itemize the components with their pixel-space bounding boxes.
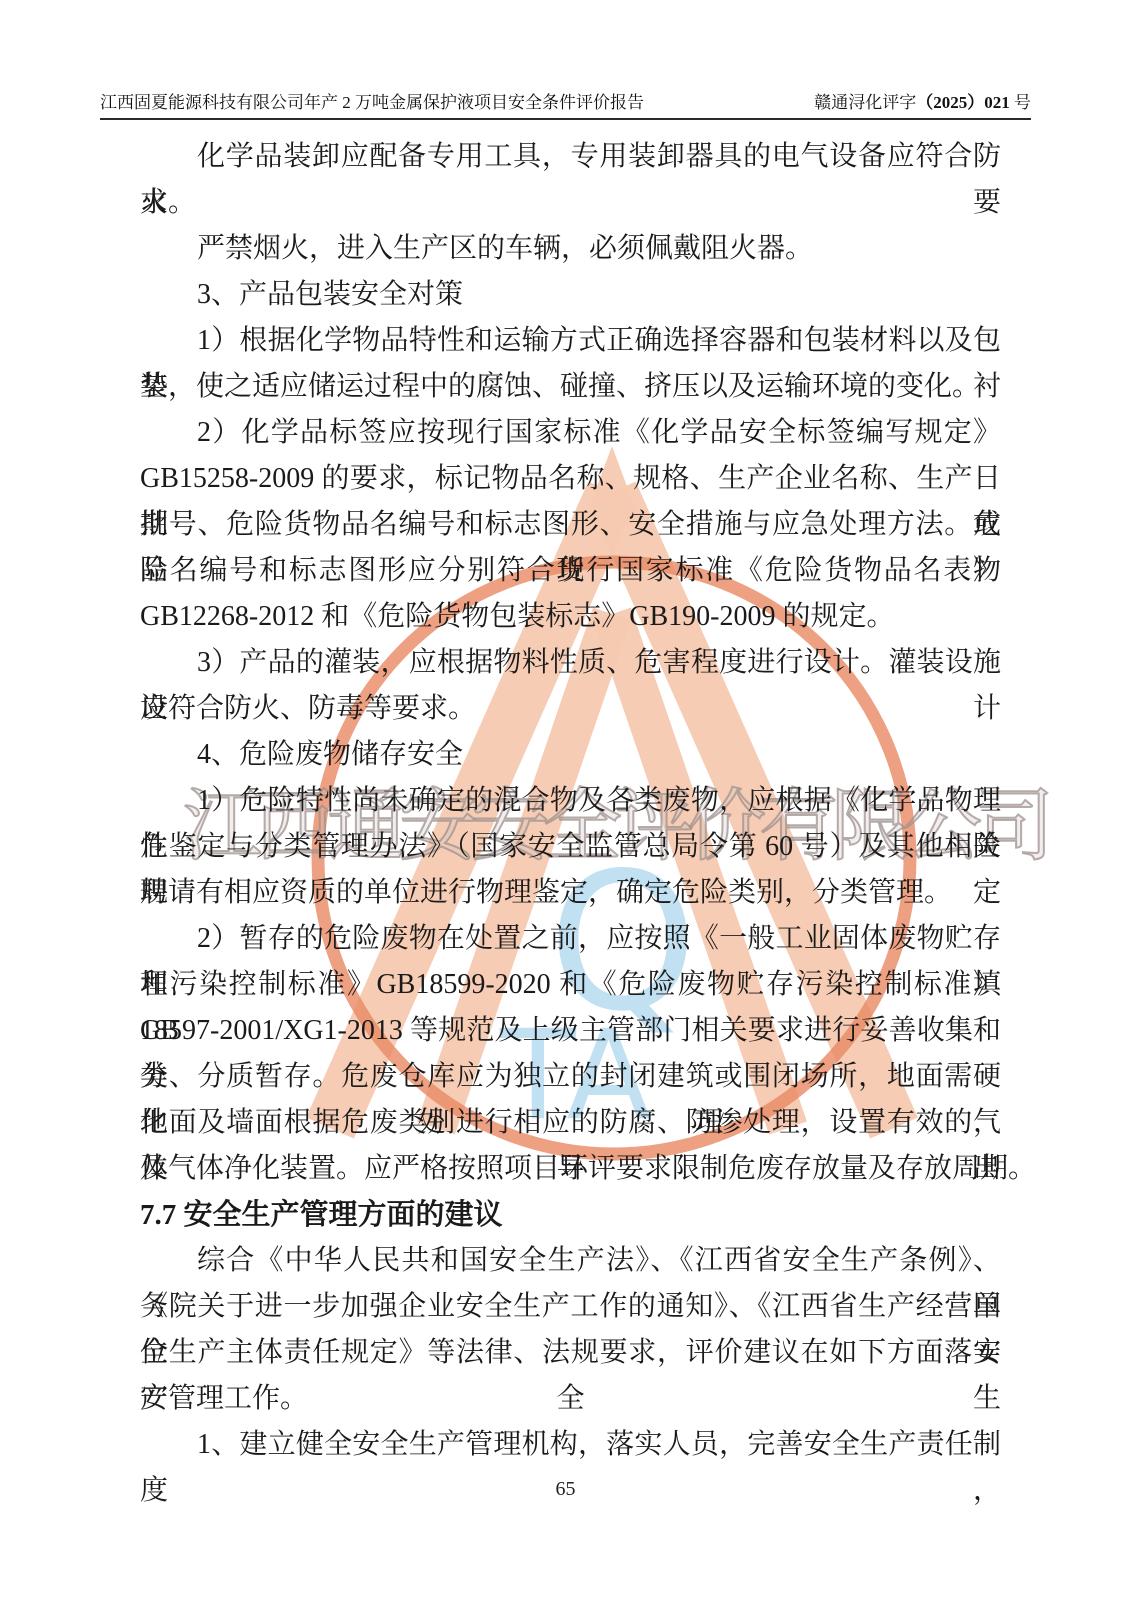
section-heading: 7.7 安全生产管理方面的建议 (140, 1192, 1001, 1238)
body-line: GB12268-2012 和《危险货物包装标志》GB190-2009 的规定。 (140, 594, 1001, 640)
body-line: 2）化学品标签应按现行国家标准《化学品安全标签编写规定》 (140, 410, 1001, 456)
body-line: 3）产品的灌装，应根据物料性质、危害程度进行设计。灌装设施设计 (140, 640, 1001, 686)
document-body: 化学品装卸应配备专用工具，专用装卸器具的电气设备应符合防火要求。严禁烟火，进入生… (140, 134, 1001, 1468)
body-line: 严禁烟火，进入生产区的车辆，必须佩戴阻火器。 (140, 226, 1001, 272)
body-line: 聘请有相应资质的单位进行物理鉴定，确定危险类别，分类管理。 (140, 870, 1001, 916)
document-page: Q TA 江西通安安全评价有限公司 江西固夏能源科技有限公司年产 2 万吨金属保… (0, 0, 1131, 1600)
header-report-title: 江西固夏能源科技有限公司年产 2 万吨金属保护液项目安全条件评价报告 (100, 92, 644, 114)
body-line: 品名编号和标志图形应分别符合现行国家标准《危险货物品名表》 (140, 548, 1001, 594)
header-doc-serial: （2025）021 (916, 93, 1010, 112)
body-line: 全生产主体责任规定》等法律、法规要求，评价建议在如下方面落实安全生 (140, 1330, 1001, 1376)
body-line: GB15258-2009 的要求，标记物品名称、规格、生产企业名称、生产日期或 (140, 456, 1001, 502)
body-line: 综合《中华人民共和国安全生产法》、《江西省安全生产条例》、《国 (140, 1238, 1001, 1284)
header-doc-prefix: 赣通浔化评字 (814, 93, 916, 112)
body-line: 类、分质暂存。危废仓库应为独立的封闭建筑或围闭场所，地面需硬化处理， (140, 1054, 1001, 1100)
body-line: 4、危险废物储存安全 (140, 732, 1001, 778)
header-document-number: 赣通浔化评字（2025）021 号 (814, 92, 1031, 114)
body-line: 1）危险特性尚未确定的混合物及各类废物，应根据《化学品物理危险 (140, 778, 1001, 824)
body-line: 地面及墙面根据危废类别进行相应的防腐、防渗处理，设置有效的气体导出 (140, 1100, 1001, 1146)
body-line: 2）暂存的危险废物在处置之前，应按照《一般工业固体废物贮存和填 (140, 916, 1001, 962)
page-header: 江西固夏能源科技有限公司年产 2 万吨金属保护液项目安全条件评价报告 赣通浔化评… (100, 92, 1031, 120)
body-line: 1、建立健全安全生产管理机构，落实人员，完善安全生产责任制度， (140, 1422, 1001, 1468)
body-line: 批号、危险货物品名编号和标志图形、安全措施与应急处理方法。危险货物 (140, 502, 1001, 548)
body-line: 1）根据化学物品特性和运输方式正确选择容器和包装材料以及包装衬 (140, 318, 1001, 364)
body-line: 3、产品包装安全对策 (140, 272, 1001, 318)
body-line: 及气体净化装置。应严格按照项目环评要求限制危废存放量及存放周期。 (140, 1146, 1001, 1192)
body-line: 性鉴定与分类管理办法》（国家安全监管总局令第 60 号）及其他相关规定 (140, 824, 1001, 870)
body-line: 化学品装卸应配备专用工具，专用装卸器具的电气设备应符合防火要 (140, 134, 1001, 180)
header-doc-suffix: 号 (1010, 93, 1031, 112)
body-line: 18597-2001/XG1-2013 等规范及上级主管部门相关要求进行妥善收集… (140, 1008, 1001, 1054)
body-line: 务院关于进一步加强企业安全生产工作的通知》、《江西省生产经营单位安 (140, 1284, 1001, 1330)
page-number: 65 (0, 1478, 1131, 1501)
body-line: 垫，使之适应储运过程中的腐蚀、碰撞、挤压以及运输环境的变化。 (140, 364, 1001, 410)
body-line: 埋污染控制标准》GB18599-2020 和《危险废物贮存污染控制标准》GB (140, 962, 1001, 1008)
